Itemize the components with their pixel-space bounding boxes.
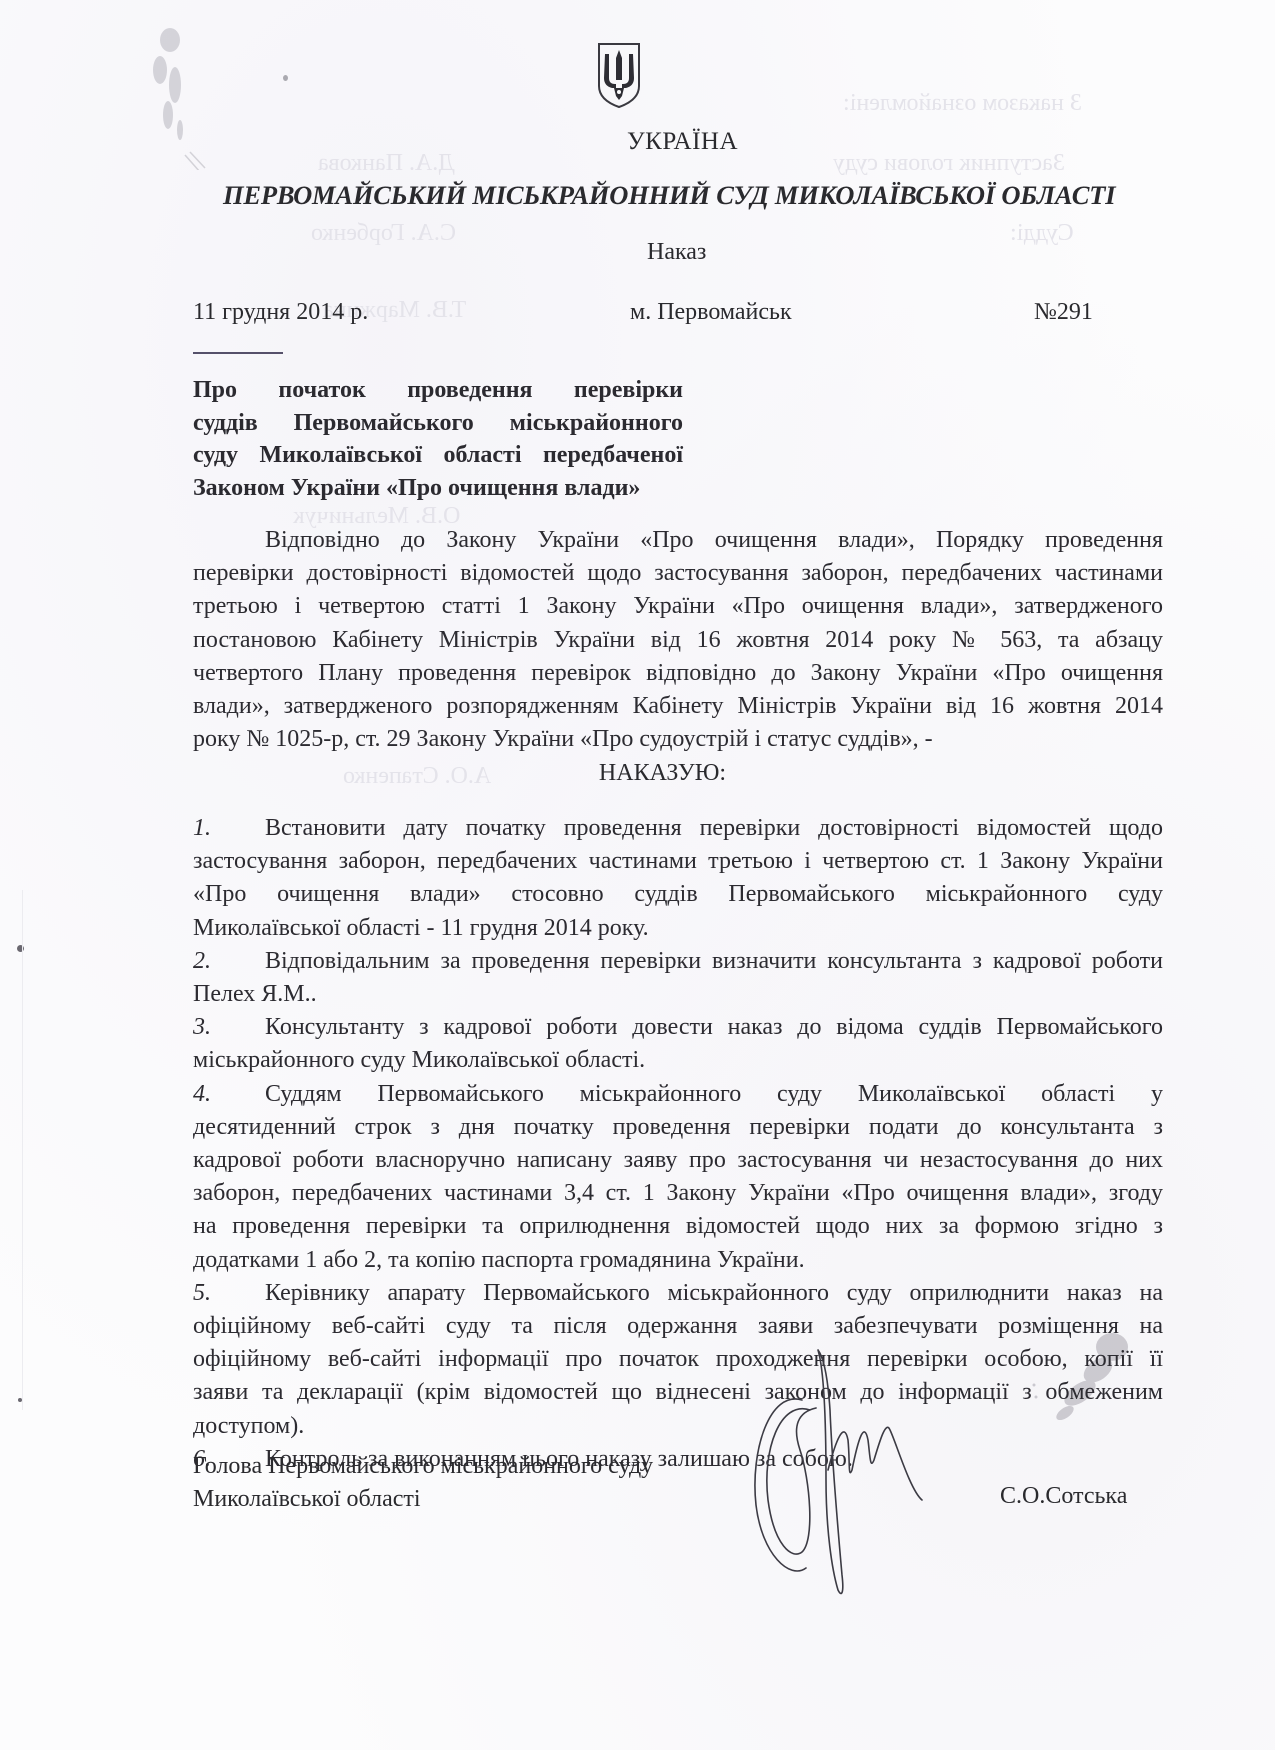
item-line: офіційному веб-сайті суду та після одерж… bbox=[193, 1310, 1163, 1343]
signatory-position: Голова Первомайського міськрайонного суд… bbox=[193, 1450, 653, 1516]
scan-speck bbox=[283, 75, 288, 81]
country-title: УКРАЇНА bbox=[0, 128, 1275, 156]
divider-line bbox=[193, 352, 283, 354]
item-number: 2. bbox=[193, 945, 265, 978]
preamble-line: четвертого Плану проведення перевірок ві… bbox=[193, 657, 1163, 690]
preamble-line: Відповідно до Закону України «Про очищен… bbox=[193, 524, 1163, 557]
position-line: Миколаївської області bbox=[193, 1483, 653, 1516]
item-line: доступом). bbox=[193, 1410, 1163, 1443]
order-item-4: 4.Суддям Первомайського міськрайонного с… bbox=[193, 1078, 1163, 1111]
handwritten-signature-icon bbox=[740, 1330, 970, 1650]
item-line: кадрової роботи власноручно написану зая… bbox=[193, 1144, 1163, 1177]
court-name: ПЕРВОМАЙСЬКИЙ МІСЬКРАЙОННИЙ СУД МИКОЛАЇВ… bbox=[223, 180, 1115, 211]
scan-edge-line bbox=[22, 890, 23, 1410]
position-line: Голова Первомайського міськрайонного суд… bbox=[193, 1450, 653, 1483]
preamble-line: перевірки достовірності відомостей щодо … bbox=[193, 557, 1163, 590]
item-number: 5. bbox=[193, 1277, 265, 1310]
item-line: заборон, передбачених частинами 3,4 ст. … bbox=[193, 1177, 1163, 1210]
bleed-through-text: С.А. Горбенко bbox=[311, 220, 456, 247]
item-line: Миколаївської області - 11 грудня 2014 р… bbox=[193, 912, 1163, 945]
subject-line: Законом України «Про очищення влади» bbox=[193, 472, 683, 505]
preamble-line: третьою і четвертою статті 1 Закону Укра… bbox=[193, 590, 1163, 623]
item-number: 3. bbox=[193, 1011, 265, 1044]
bleed-through-text: З наказом ознайомлені: bbox=[843, 90, 1082, 117]
item-text: Суддям Первомайського міськрайонного суд… bbox=[265, 1081, 1163, 1107]
order-item-1: 1.Встановити дату початку проведення пер… bbox=[193, 812, 1163, 845]
order-item-5: 5.Керівнику апарату Первомайського міськ… bbox=[193, 1277, 1163, 1310]
document-type: Наказ bbox=[647, 239, 706, 266]
order-items: 1.Встановити дату початку проведення пер… bbox=[193, 812, 1163, 1476]
item-line: десятиденний строк з дня початку проведе… bbox=[193, 1111, 1163, 1144]
trident-coat-of-arms-icon bbox=[596, 40, 642, 110]
item-number: 1. bbox=[193, 812, 265, 845]
order-item-3: 3.Консультанту з кадрової роботи довести… bbox=[193, 1011, 1163, 1044]
order-heading: НАКАЗУЮ: bbox=[0, 760, 1275, 787]
preamble-line: влади», затвердженого розпорядженням Каб… bbox=[193, 690, 1163, 723]
item-text: Консультанту з кадрової роботи довести н… bbox=[265, 1014, 1163, 1040]
item-line: додатками 1 або 2, та копію паспорта гро… bbox=[193, 1244, 1163, 1277]
item-text: Встановити дату початку проведення перев… bbox=[265, 815, 1163, 841]
item-line: застосування заборон, передбачених части… bbox=[193, 845, 1163, 878]
bleed-through-text: Судді: bbox=[1010, 220, 1074, 247]
subject-line: Про початок проведення перевірки bbox=[193, 374, 683, 407]
subject-line: суду Миколаївської області передбаченої bbox=[193, 439, 683, 472]
signatory-name: С.О.Сотська bbox=[1000, 1483, 1127, 1510]
item-text: Відповідальним за проведення перевірки в… bbox=[265, 948, 1163, 974]
item-line: міськрайонного суду Миколаївської област… bbox=[193, 1044, 1163, 1077]
order-number: №291 bbox=[1034, 299, 1093, 326]
preamble-line: року № 1025-р, ст. 29 Закону України «Пр… bbox=[193, 723, 1163, 756]
item-line: «Про очищення влади» стосовно суддів Пер… bbox=[193, 878, 1163, 911]
order-subject: Про початок проведення перевірки суддів … bbox=[193, 374, 683, 504]
preamble-line: постановою Кабінету Міністрів України ві… bbox=[193, 624, 1163, 657]
order-date: 11 грудня 2014 р. bbox=[193, 299, 368, 326]
scanned-page: З наказом ознайомлені: Заступник голови … bbox=[0, 0, 1275, 1750]
item-line: Пелех Я.М.. bbox=[193, 978, 1163, 1011]
subject-line: суддів Первомайського міськрайонного bbox=[193, 407, 683, 440]
order-item-2: 2.Відповідальним за проведення перевірки… bbox=[193, 945, 1163, 978]
item-line: офіційному веб-сайті інформації про поча… bbox=[193, 1343, 1163, 1376]
item-line: заяви та декларації (крім відомостей що … bbox=[193, 1376, 1163, 1409]
order-city: м. Первомайськ bbox=[630, 299, 792, 326]
preamble-paragraph: Відповідно до Закону України «Про очищен… bbox=[193, 524, 1163, 756]
item-number: 4. bbox=[193, 1078, 265, 1111]
item-line: на проведення перевірки та оприлюднення … bbox=[193, 1210, 1163, 1243]
item-text: Керівнику апарату Первомайського міськра… bbox=[265, 1280, 1163, 1306]
